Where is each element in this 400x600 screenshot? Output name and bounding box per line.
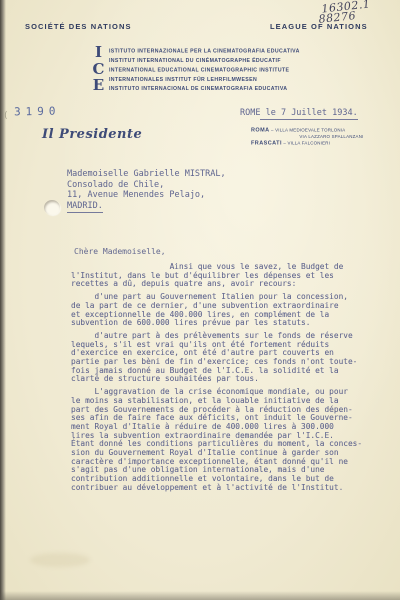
- letterhead-line-spanish: INSTITUTO INTERNACIONAL DE CINEMATOGRAFI…: [109, 84, 400, 93]
- sender-title: Il Presidente: [42, 127, 142, 142]
- body-paragraph-2: d'une part au Gouvernement Italien pour …: [71, 293, 362, 328]
- office-roma-label: ROMA: [251, 127, 270, 133]
- dateline-city: ROME: [240, 108, 260, 118]
- letterhead-institute-names: ISTITUTO INTERNAZIONALE PER LA CINEMATOG…: [109, 47, 400, 94]
- body-paragraph-3: d'autre part à des prélèvements sur le f…: [71, 332, 362, 384]
- scanned-letter-page: SOCIÉTÉ DES NATIONS LEAGUE OF NATIONS 16…: [0, 0, 400, 600]
- letterhead-line-german: INTERNATIONALES INSTITUT FÜR LEHRFILMWES…: [109, 75, 400, 84]
- dateline-date: le 7 Juillet 1934.: [260, 108, 357, 120]
- letterhead-line-english: INTERNATIONAL EDUCATIONAL CINEMATOGRAPHI…: [109, 66, 400, 75]
- monogram-letter-c: C: [92, 61, 105, 78]
- recipient-name: Mademoiselle Gabrielle MISTRAL,: [67, 169, 226, 180]
- salutation: Chère Mademoiselle,: [74, 247, 166, 256]
- scan-edge-left: [0, 0, 6, 600]
- office-frascati-villa: – VILLA FALCONIERI: [283, 141, 330, 146]
- recipient-org: Consolado de Chile,: [67, 180, 226, 191]
- office-roma-villa: – VILLA MEDIOEVALE TORLONIA: [271, 128, 345, 133]
- recipient-street: 11, Avenue Menendes Pelajo,: [67, 190, 226, 201]
- punch-hole: [44, 200, 60, 215]
- office-frascati-label: FRASCATI: [251, 140, 282, 146]
- ice-monogram: I C E: [92, 44, 105, 94]
- stamp-tick-mark: (: [3, 111, 8, 121]
- monogram-letter-e: E: [92, 77, 105, 94]
- recipient-address-block: Mademoiselle Gabrielle MISTRAL, Consolad…: [67, 169, 226, 213]
- header-org-french: SOCIÉTÉ DES NATIONS: [25, 22, 132, 31]
- monogram-letter-i: I: [92, 44, 105, 61]
- dateline: ROME le 7 Juillet 1934.: [240, 108, 358, 118]
- body-paragraph-1: Ainsi que vous le savez, le Budget de l'…: [71, 263, 362, 289]
- registry-stamp-number: 3190: [14, 105, 61, 119]
- handwritten-reference-numbers: 16302.1 88276: [321, 0, 372, 25]
- office-addresses: ROMA – VILLA MEDIOEVALE TORLONIA VIA LAZ…: [251, 127, 400, 147]
- scan-edge-bottom: [0, 591, 400, 600]
- letterhead-line-french: INSTITUT INTERNATIONAL DU CINÉMATOGRAPHE…: [109, 56, 400, 65]
- letter-body: Ainsi que vous le savez, le Budget de l'…: [71, 263, 362, 497]
- paper-stain: [30, 553, 90, 567]
- body-paragraph-4: L'aggravation de la crise économique mon…: [71, 388, 362, 492]
- recipient-city: MADRID.: [67, 201, 103, 213]
- office-roma-street: VIA LAZZARO SPALLANZANI: [299, 134, 363, 139]
- letterhead-line-italian: ISTITUTO INTERNAZIONALE PER LA CINEMATOG…: [109, 47, 400, 56]
